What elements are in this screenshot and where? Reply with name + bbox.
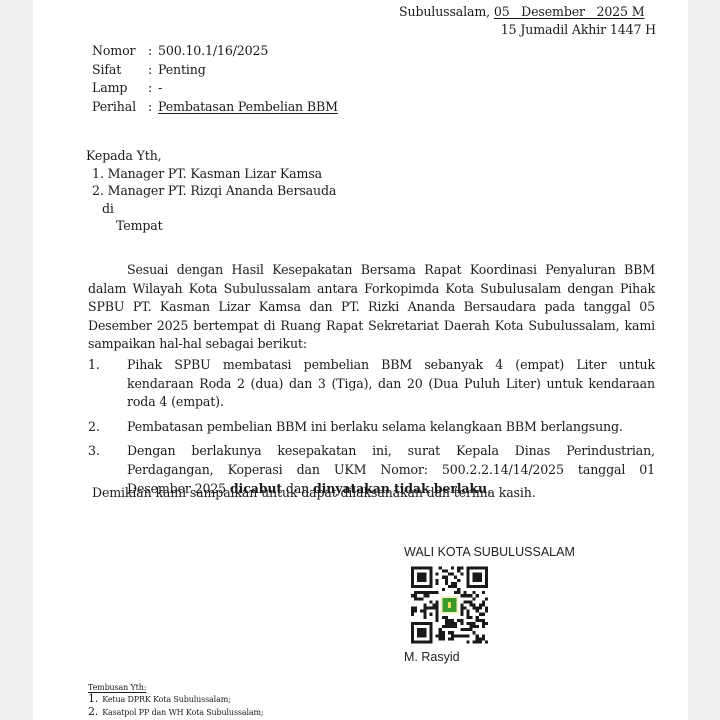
point-line: roda 4 (empat). <box>127 393 655 412</box>
point-line: Pembatasan pembelian BBM ini berlaku sel… <box>127 418 655 437</box>
point-number: 2. <box>88 418 127 437</box>
body-line: Sesuai dengan Hasil Kesepakatan Bersama … <box>88 261 655 280</box>
meta-label: Sifat <box>92 61 148 80</box>
signatory-title: WALI KOTA SUBULUSSALAM <box>404 545 575 559</box>
point-item: 1. Pihak SPBU membatasi pembelian BBM se… <box>88 356 655 412</box>
meta-label: Lamp <box>92 79 148 98</box>
hijri-date: 15 Jumadil Akhir 1447 H <box>501 22 656 37</box>
qr-code-icon <box>411 566 488 644</box>
place-date: Subulussalam, 05 Desember 2025 M <box>399 4 645 19</box>
gregorian-date: 05 Desember 2025 M <box>494 4 645 19</box>
recipient-place: Tempat <box>116 218 163 233</box>
salutation: Kepada Yth, <box>86 147 336 165</box>
letter-meta: Nomor:500.10.1/16/2025 Sifat:Penting Lam… <box>92 42 338 116</box>
recipient-item: 2. Manager PT. Rizqi Ananda Bersauda <box>86 182 336 200</box>
cc-item: 1.Ketua DPRK Kota Subulussalam; <box>88 693 263 706</box>
meta-value: 500.10.1/16/2025 <box>158 42 268 61</box>
recipient-item: 1. Manager PT. Kasman Lizar Kamsa <box>86 165 336 183</box>
body-line: Desember 2025 bertempat di Ruang Rapat S… <box>88 317 655 336</box>
meta-value-subject: Pembatasan Pembelian BBM <box>158 98 338 117</box>
point-line: kendaraan Roda 2 (dua) dan 3 (Tiga), dan… <box>127 375 655 394</box>
meta-row-sifat: Sifat:Penting <box>92 61 338 80</box>
point-line: Perdagangan, Koperasi dan UKM Nomor: 500… <box>127 461 655 480</box>
recipient-di: di <box>86 200 336 218</box>
meta-value: Penting <box>158 61 206 80</box>
point-number: 1. <box>88 356 127 412</box>
body-paragraph: Sesuai dengan Hasil Kesepakatan Bersama … <box>88 261 655 354</box>
point-line: Pihak SPBU membatasi pembelian BBM seban… <box>127 356 655 375</box>
meta-row-lamp: Lamp:- <box>92 79 338 98</box>
point-line: Dengan berlakunya kesepakatan ini, surat… <box>127 442 655 461</box>
signatory-name: M. Rasyid <box>404 650 460 664</box>
point-item: 2. Pembatasan pembelian BBM ini berlaku … <box>88 418 655 437</box>
body-line: SPBU PT. Kasman Lizar Kamsa dan PT. Rizk… <box>88 298 655 317</box>
body-line: dalam Wilayah Kota Subulussalam antara F… <box>88 280 655 299</box>
points-list: 1. Pihak SPBU membatasi pembelian BBM se… <box>88 356 655 504</box>
cc-item: 2.Kasatpol PP dan WH Kota Subulussalam; <box>88 706 263 719</box>
meta-row-perihal: Perihal:Pembatasan Pembelian BBM <box>92 98 338 117</box>
place-label: Subulussalam, <box>399 4 490 19</box>
body-line: sampaikan hal-hal sebagai berikut: <box>88 335 655 354</box>
meta-label: Nomor <box>92 42 148 61</box>
cc-list: 1.Ketua DPRK Kota Subulussalam; 2.Kasatp… <box>88 693 263 719</box>
meta-label: Perihal <box>92 98 148 117</box>
recipients: Kepada Yth, 1. Manager PT. Kasman Lizar … <box>86 147 336 217</box>
closing-text: Demikian kami sampaikan untuk dapat dila… <box>92 485 536 500</box>
meta-value: - <box>158 79 162 98</box>
cc-title: Tembusan Yth: <box>88 683 146 692</box>
meta-row-nomor: Nomor:500.10.1/16/2025 <box>92 42 338 61</box>
